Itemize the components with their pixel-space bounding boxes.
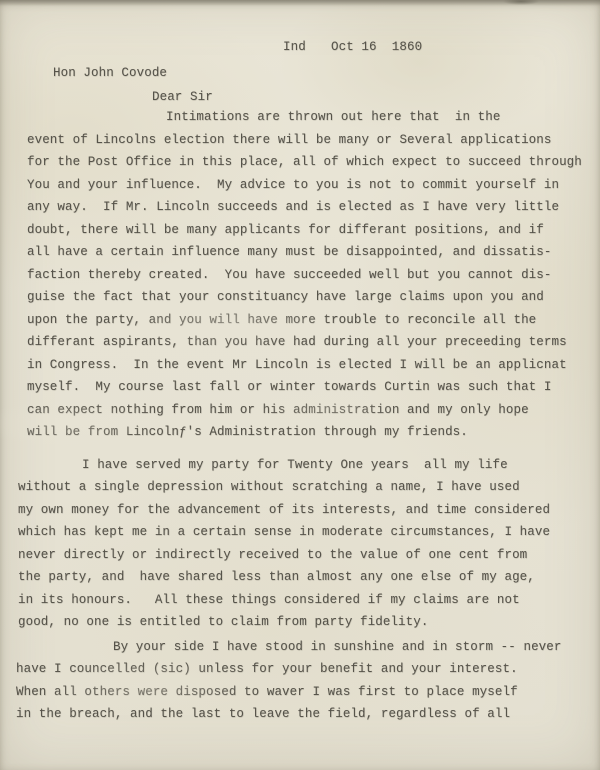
letter-line: guise the fact that your constituancy ha… — [27, 286, 600, 309]
letter-line: differant aspirants, than you have had d… — [27, 331, 600, 354]
letter-line: When all others were disposed to waver I… — [16, 681, 600, 704]
letter-line: event of Lincolns election there will be… — [27, 129, 600, 152]
typewritten-letter-scan: Ind Oct 16 1860 Hon John Covode Dear Sir… — [0, 0, 600, 770]
letter-line: good, no one is entitled to claim from p… — [18, 611, 600, 634]
letter-line: never directly or indirectly received to… — [18, 544, 600, 567]
letter-line: in the breach, and the last to leave the… — [16, 703, 600, 726]
recipient-line: Hon John Covode — [53, 66, 167, 80]
letter-line: You and your influence. My advice to you… — [27, 174, 600, 197]
dateline-date: Oct 16 1860 — [331, 40, 422, 54]
letter-line: for the Post Office in this place, all o… — [27, 151, 600, 174]
letter-line: upon the party, and you will have more t… — [27, 309, 600, 332]
letter-line: will be from Lincolnƒ's Administration t… — [27, 421, 600, 444]
letter-line: I have served my party for Twenty One ye… — [18, 454, 600, 477]
letter-line: have I councelled (sic) unless for your … — [16, 658, 600, 681]
salutation: Dear Sir — [152, 90, 213, 104]
letter-line: doubt, there will be many applicants for… — [27, 219, 600, 242]
letter-line: my own money for the advancement of its … — [18, 499, 600, 522]
letter-paragraph-1: Intimations are thrown out here that in … — [0, 106, 600, 444]
letter-body: Intimations are thrown out here that in … — [0, 106, 600, 726]
dateline-place: Ind — [283, 40, 306, 54]
letter-line: By your side I have stood in sunshine an… — [16, 636, 600, 659]
letter-line: myself. My course last fall or winter to… — [27, 376, 600, 399]
letter-line: Intimations are thrown out here that in … — [27, 106, 600, 129]
letter-line: all have a certain influence many must b… — [27, 241, 600, 264]
letter-line: any way. If Mr. Lincoln succeeds and is … — [27, 196, 600, 219]
letter-line: can expect nothing from him or his admin… — [27, 399, 600, 422]
letter-line: in Congress. In the event Mr Lincoln is … — [27, 354, 600, 377]
letter-line: in its honours. All these things conside… — [18, 589, 600, 612]
letter-paragraph-2: I have served my party for Twenty One ye… — [0, 454, 600, 634]
letter-line: the party, and have shared less than alm… — [18, 566, 600, 589]
letter-line: without a single depression without scra… — [18, 476, 600, 499]
letter-paragraph-3: By your side I have stood in sunshine an… — [0, 636, 600, 726]
dateline: Ind Oct 16 1860 — [0, 40, 600, 62]
letter-line: faction thereby created. You have succee… — [27, 264, 600, 287]
letter-line: which has kept me in a certain sense in … — [18, 521, 600, 544]
